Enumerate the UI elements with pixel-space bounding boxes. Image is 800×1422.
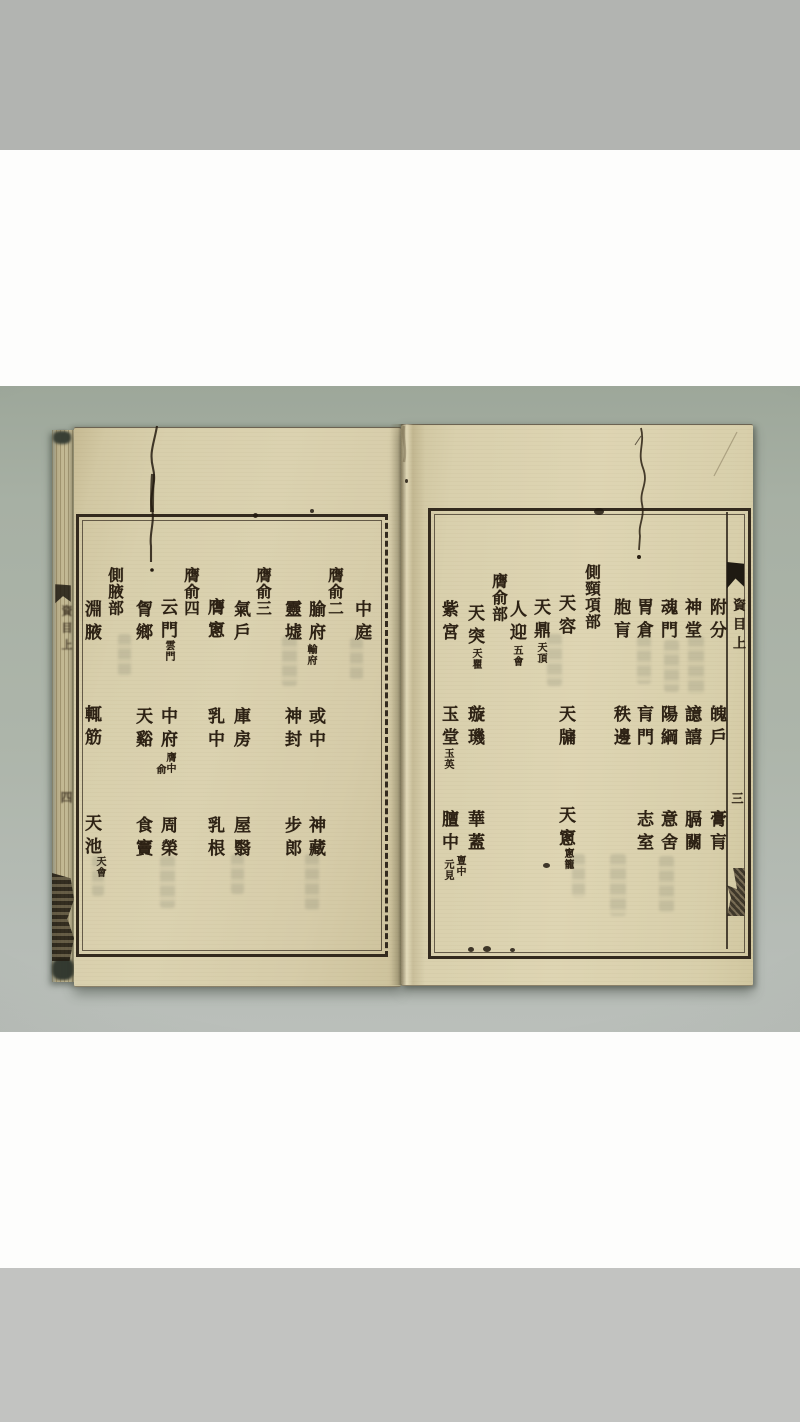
alt-name-note: 天瞿 <box>468 648 480 670</box>
acupoint-name: 乳根 <box>202 816 222 862</box>
alt-name-note: 窻籠 <box>560 848 572 870</box>
acupoint-name: 天容 <box>553 594 573 640</box>
acupoint-name: 天谿 <box>130 707 150 753</box>
acupoint-name: 璇璣 <box>462 705 482 751</box>
acupoint-name: 神藏 <box>303 816 323 862</box>
alt-name-note: 天頂 <box>533 642 545 664</box>
binding-corner-bottom <box>52 958 74 980</box>
acupoint-name: 或中 <box>303 707 323 753</box>
ink-speck <box>594 508 604 515</box>
acupoint-name: 膈關 <box>679 810 699 856</box>
acupoint-name: 乳中 <box>202 707 222 753</box>
section-header: 膺俞三 <box>251 567 271 617</box>
acupoint-name: 神封 <box>279 707 299 753</box>
alt-name-note: 輸府 <box>303 644 315 666</box>
section-header: 膺俞二 <box>323 567 343 617</box>
ink-speck <box>510 948 515 952</box>
ink-speck <box>689 825 693 828</box>
acupoint-name: 天鼎 <box>528 598 548 644</box>
section-header: 側腋部 <box>103 567 123 617</box>
acupoint-name: 胷鄉 <box>130 600 150 646</box>
acupoint-name: 氣戶 <box>228 600 248 646</box>
section-header: 側頸項部 <box>580 564 600 630</box>
ink-speck <box>483 946 491 952</box>
acupoint-name: 天突 <box>462 604 482 650</box>
acupoint-name: 膻中 <box>436 810 456 856</box>
acupoint-name: 步郎 <box>279 816 299 862</box>
acupoint-name: 膺窻 <box>202 598 222 644</box>
acupoint-name: 意舍 <box>655 810 675 856</box>
acupoint-name: 周榮 <box>155 816 175 862</box>
acupoint-name: 神堂 <box>679 598 699 644</box>
alt-name-note: 天會 <box>92 856 104 878</box>
banxin-volume-title-ghost: 資目上 <box>56 605 72 656</box>
banxin-volume-title: 資目上 <box>728 598 744 655</box>
acupoint-name: 志室 <box>631 810 651 856</box>
binding-corner-top <box>53 431 71 444</box>
acupoint-name: 靈墟 <box>279 600 299 646</box>
alt-name-note: 元見 <box>440 859 452 881</box>
acupoint-name: 胃倉 <box>631 598 651 644</box>
acupoint-name: 紫宮 <box>436 600 456 646</box>
acupoint-name: 秩邊 <box>608 705 628 751</box>
right-page-number: 三 <box>729 792 743 804</box>
alt-name-note: 亶中 <box>452 855 464 877</box>
acupoint-name: 輒筋 <box>79 705 99 751</box>
bottom-gray-band <box>0 1268 800 1422</box>
acupoint-name: 淵腋 <box>79 600 99 646</box>
bottom-white-band <box>0 1032 800 1268</box>
ink-speck <box>405 479 408 483</box>
ink-speck <box>310 509 314 513</box>
ink-speck <box>543 863 550 868</box>
acupoint-name: 附分 <box>704 598 724 644</box>
acupoint-name: 陽綱 <box>655 705 675 751</box>
acupoint-name: 庫房 <box>228 707 248 753</box>
ink-speck <box>253 513 258 518</box>
acupoint-name: 胞肓 <box>608 598 628 644</box>
book-photo-area: 資目上 三 資目上 四 附分魄戶膏肓神堂譩譆膈關魂門陽綱意舍胃倉肓門志室胞肓秩邊… <box>0 386 800 1032</box>
alt-name-note: 雲門 <box>161 640 173 662</box>
alt-name-note: 玉英 <box>440 748 452 770</box>
acupoint-name: 玉堂 <box>436 705 456 751</box>
acupoint-name: 華蓋 <box>462 810 482 856</box>
acupoint-name: 譩譆 <box>679 705 699 751</box>
left-page-number-ghost: 四 <box>58 791 72 803</box>
acupoint-name: 云門 <box>155 598 175 644</box>
acupoint-name: 膏肓 <box>704 810 724 856</box>
acupoint-name: 魂門 <box>655 598 675 644</box>
scanned-book-photograph: 資目上 三 資目上 四 附分魄戶膏肓神堂譩譆膈關魂門陽綱意舍胃倉肓門志室胞肓秩邊… <box>0 0 800 1422</box>
section-header: 膺俞部 <box>487 573 507 623</box>
alt-name-note: 五會 <box>509 645 521 667</box>
acupoint-name: 屋翳 <box>228 816 248 862</box>
acupoint-name: 腧府 <box>303 600 323 646</box>
top-white-band <box>0 150 800 386</box>
acupoint-name: 魄戶 <box>704 705 724 751</box>
acupoint-name: 天池 <box>79 814 99 860</box>
acupoint-name: 天窻 <box>553 806 573 852</box>
section-header: 膺俞四 <box>179 567 199 617</box>
ink-speck <box>468 947 474 952</box>
top-gray-band <box>0 0 800 150</box>
acupoint-name: 中庭 <box>349 600 369 646</box>
alt-name-note: 俞 <box>152 764 164 775</box>
acupoint-name: 食竇 <box>130 816 150 862</box>
acupoint-name: 天牖 <box>553 705 573 751</box>
acupoint-name: 中府 <box>155 707 175 753</box>
acupoint-name: 肓門 <box>631 705 651 751</box>
